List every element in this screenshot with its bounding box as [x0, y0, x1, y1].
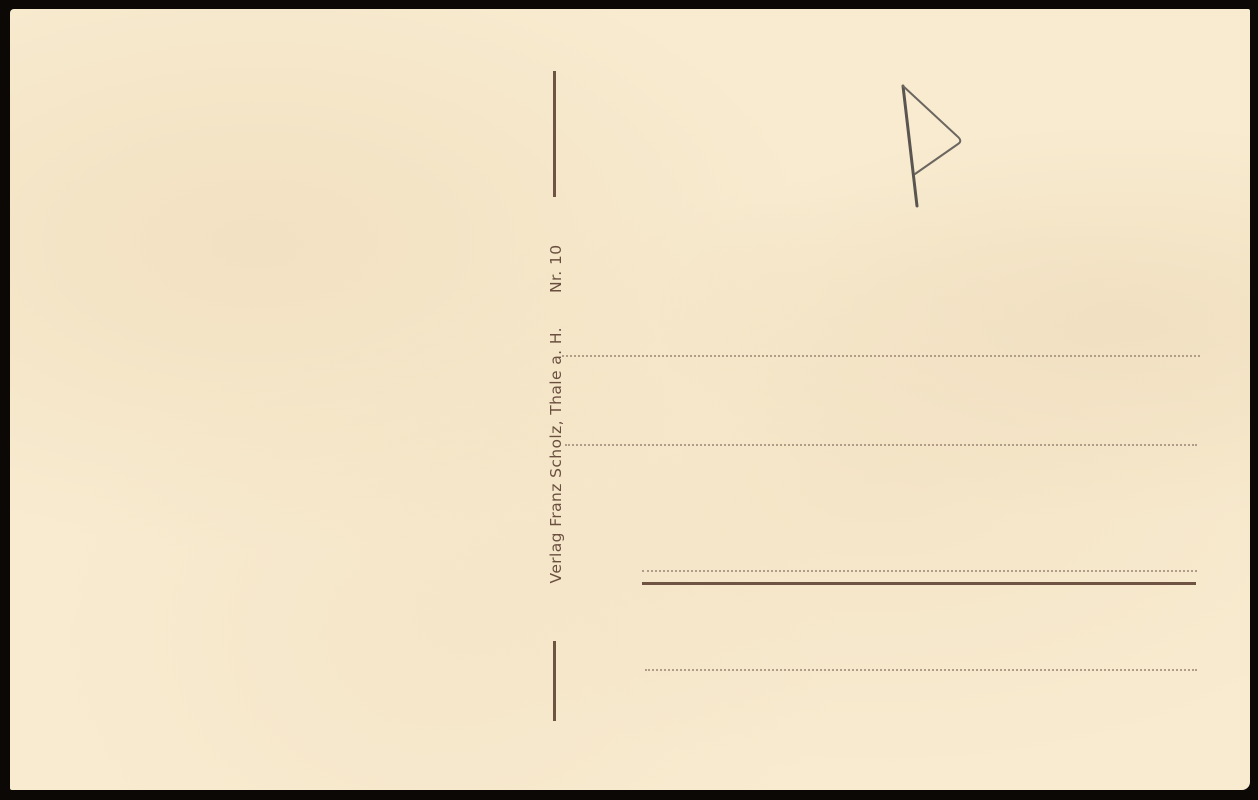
- address-underline: [642, 582, 1196, 585]
- address-line-4: [645, 669, 1197, 671]
- divider-line-top: [553, 71, 556, 197]
- pencil-triangle-icon: [895, 81, 980, 216]
- address-line-2: [565, 444, 1197, 446]
- publisher-text: Verlag Franz Scholz, Thale a. H.: [547, 327, 565, 583]
- divider-line-bottom: [553, 641, 556, 721]
- postcard-back: Verlag Franz Scholz, Thale a. H. Nr. 10: [10, 9, 1250, 790]
- address-line-3: [642, 570, 1197, 572]
- publisher-imprint: Verlag Franz Scholz, Thale a. H. Nr. 10: [547, 245, 565, 584]
- card-number: Nr. 10: [547, 245, 565, 294]
- address-line-1: [562, 355, 1200, 357]
